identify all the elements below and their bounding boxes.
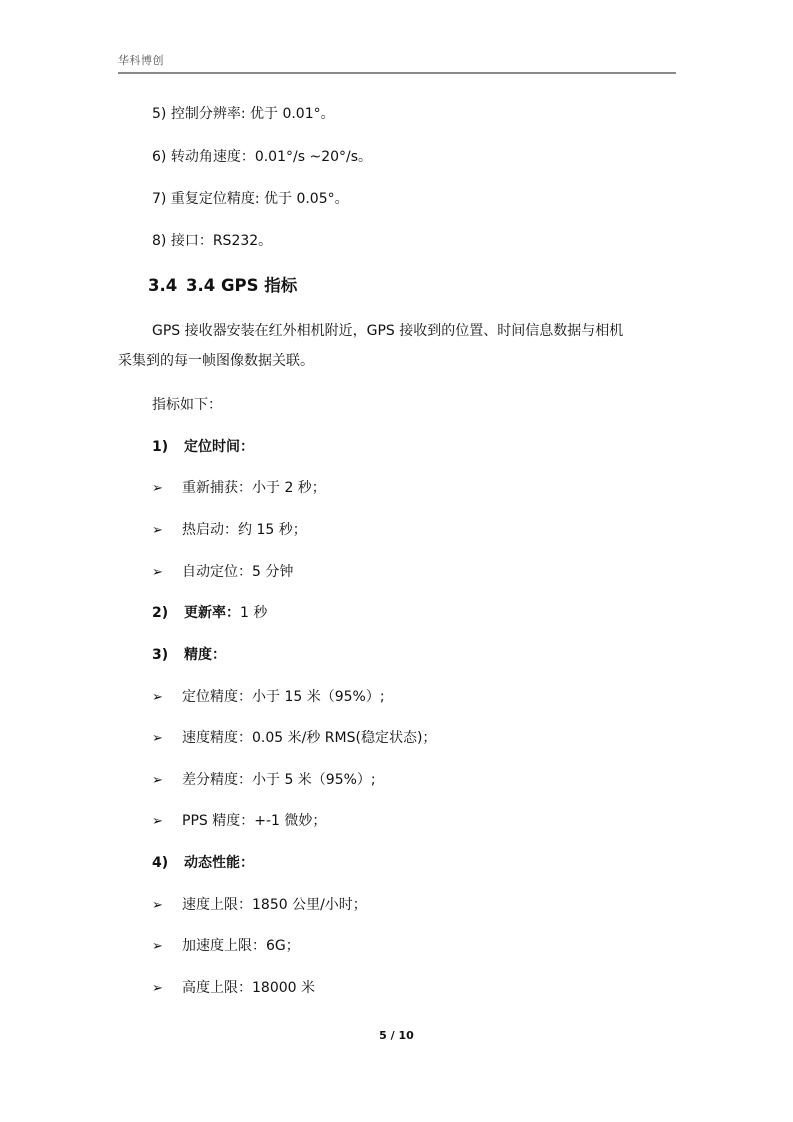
- page-number: 5 / 10: [0, 1029, 793, 1042]
- arrow-bullet-icon: ➢: [152, 981, 182, 996]
- spec-num: 5): [152, 106, 166, 122]
- item-text: 速度上限：1850 公里/小时；: [182, 897, 367, 913]
- arrow-bullet-icon: ➢: [152, 481, 182, 496]
- intro-line-1: GPS 接收器安装在红外相机附近，GPS 接收到的位置、时间信息数据与相机: [152, 320, 623, 340]
- item-text: 速度精度：0.05 米/秒 RMS(稳定状态)；: [182, 730, 436, 746]
- spec-item: 5) 控制分辨率: 优于 0.01°。: [152, 103, 335, 123]
- item-text: 差分精度：小于 5 米（95%）;: [182, 772, 376, 788]
- header-title: 华科博创: [118, 52, 676, 68]
- spec-item: 7) 重复定位精度: 优于 0.05°。: [152, 188, 349, 208]
- list-item: ➢定位精度：小于 15 米（95%）;: [152, 686, 385, 706]
- item-text: 自动定位：5 分钟: [182, 564, 293, 580]
- group-title: 精度：: [184, 647, 226, 663]
- spec-text: 重复定位精度: 优于 0.05°。: [171, 191, 349, 207]
- item-text: 重新捕获：小于 2 秒；: [182, 480, 326, 496]
- section-title: 3.4 GPS 指标: [186, 276, 297, 295]
- arrow-bullet-icon: ➢: [152, 939, 182, 954]
- group-title: 动态性能：: [184, 855, 254, 871]
- intro-line-3: 指标如下：: [152, 394, 222, 414]
- arrow-bullet-icon: ➢: [152, 523, 182, 538]
- group-heading: 1)定位时间：: [152, 436, 254, 456]
- arrow-bullet-icon: ➢: [152, 565, 182, 580]
- section-number: 3.4: [148, 276, 186, 295]
- item-text: PPS 精度：+-1 微妙；: [182, 813, 326, 829]
- group-value: 1 秒: [240, 605, 267, 621]
- spec-num: 7): [152, 191, 166, 207]
- item-text: 热启动：约 15 秒；: [182, 522, 307, 538]
- item-text: 加速度上限：6G；: [182, 938, 300, 954]
- spec-text: 控制分辨率: 优于 0.01°。: [171, 106, 335, 122]
- group-heading: 4)动态性能：: [152, 852, 254, 872]
- arrow-bullet-icon: ➢: [152, 690, 182, 705]
- arrow-bullet-icon: ➢: [152, 814, 182, 829]
- intro-line-2: 采集到的每一帧图像数据关联。: [118, 350, 314, 370]
- list-item: ➢自动定位：5 分钟: [152, 561, 293, 581]
- arrow-bullet-icon: ➢: [152, 773, 182, 788]
- spec-num: 8): [152, 233, 166, 249]
- group-title: 定位时间：: [184, 439, 254, 455]
- group-num: 1): [152, 439, 184, 455]
- page-header: 华科博创: [118, 52, 676, 74]
- arrow-bullet-icon: ➢: [152, 898, 182, 913]
- list-item: ➢PPS 精度：+-1 微妙；: [152, 810, 326, 830]
- item-text: 高度上限：18000 米: [182, 980, 315, 996]
- list-item: ➢重新捕获：小于 2 秒；: [152, 477, 326, 497]
- list-item: ➢速度精度：0.05 米/秒 RMS(稳定状态)；: [152, 727, 436, 747]
- group-num: 2): [152, 605, 184, 621]
- group-heading: 3)精度：: [152, 644, 226, 664]
- header-divider: [118, 72, 676, 74]
- group-title: 更新率：: [184, 605, 240, 621]
- list-item: ➢高度上限：18000 米: [152, 977, 315, 997]
- arrow-bullet-icon: ➢: [152, 731, 182, 746]
- list-item: ➢热启动：约 15 秒；: [152, 519, 307, 539]
- spec-item: 6) 转动角速度：0.01°/s ~20°/s。: [152, 146, 372, 166]
- group-num: 3): [152, 647, 184, 663]
- spec-num: 6): [152, 149, 166, 165]
- section-heading: 3.43.4 GPS 指标: [148, 272, 297, 296]
- spec-text: 接口：RS232。: [171, 233, 272, 249]
- spec-item: 8) 接口：RS232。: [152, 230, 272, 250]
- spec-text: 转动角速度：0.01°/s ~20°/s。: [171, 149, 372, 165]
- list-item: ➢差分精度：小于 5 米（95%）;: [152, 769, 376, 789]
- group-num: 4): [152, 855, 184, 871]
- group-heading: 2)更新率：1 秒: [152, 602, 267, 622]
- list-item: ➢速度上限：1850 公里/小时；: [152, 894, 367, 914]
- list-item: ➢加速度上限：6G；: [152, 935, 300, 955]
- item-text: 定位精度：小于 15 米（95%）;: [182, 689, 385, 705]
